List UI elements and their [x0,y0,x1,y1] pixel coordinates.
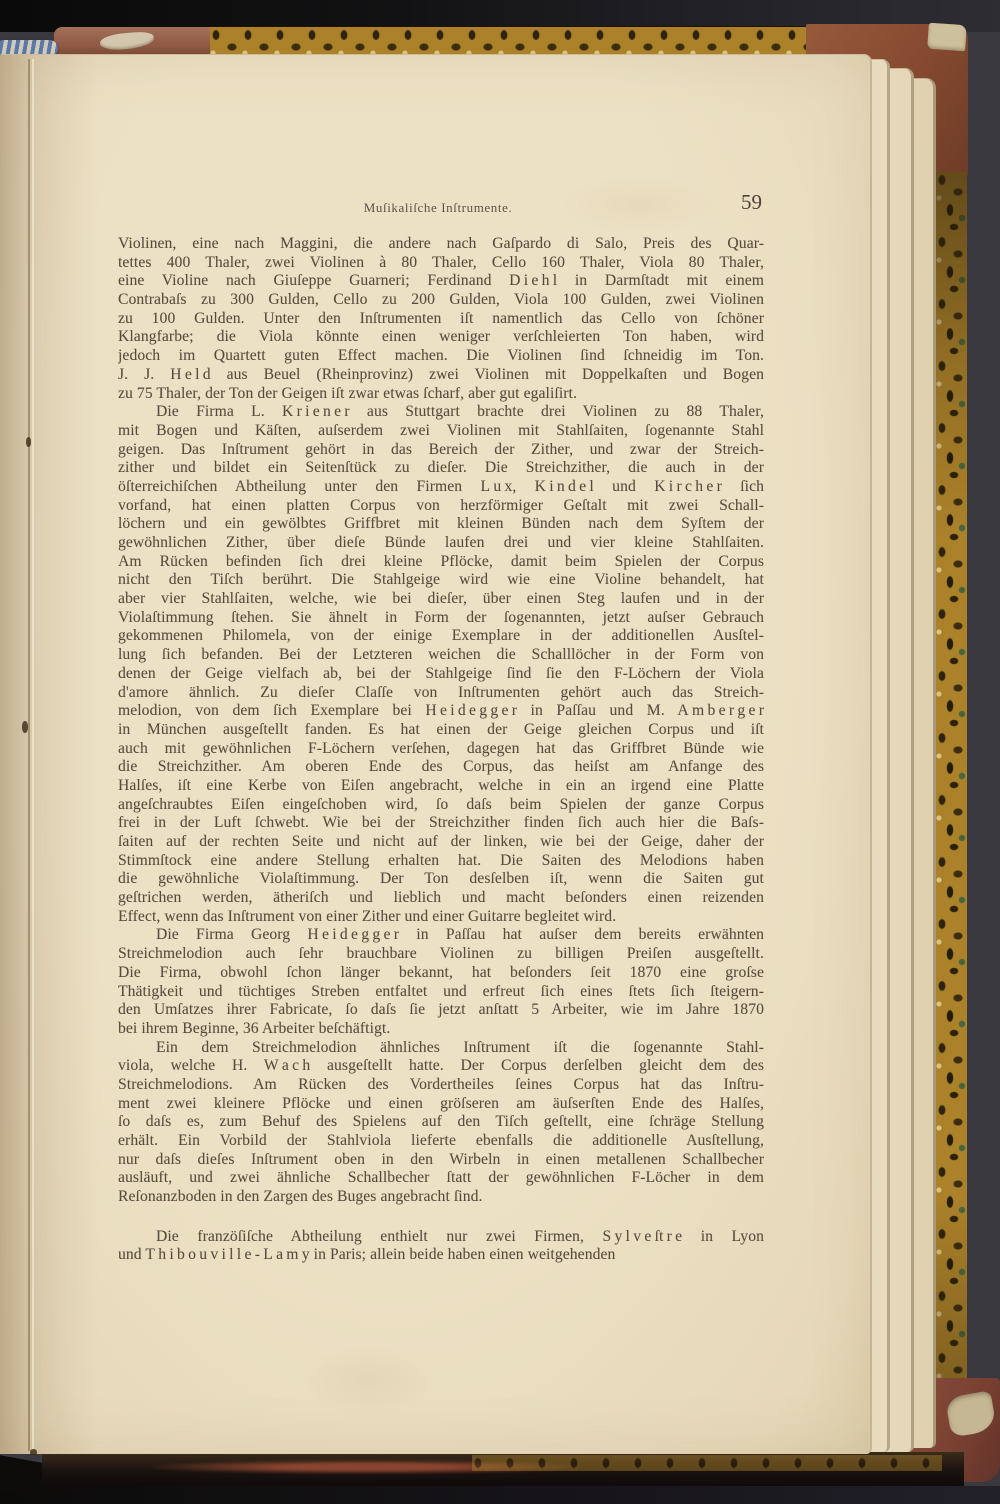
text-line: nur daſs dieſes Inſtrument oben in den W… [118,1151,764,1170]
book-cover-bottom-edge [42,1452,964,1486]
page-header: Muſikaliſche Inſtrumente. 59 [118,197,764,219]
text-line: angeſchraubtes Eiſen eingeſchoben wird, … [118,796,764,815]
text-line: geſtrichen werden, ätheriſch und lieblic… [118,889,764,908]
text-line: erhält. Ein Vorbild der Stahlviola liefe… [118,1132,764,1151]
sewing-speck [22,721,28,733]
text-line: jedoch im Quartett guten Effect machen. … [118,347,764,366]
text-line: zither und bildet ein Seitenſtück zu die… [118,459,764,478]
running-title: Muſikaliſche Inſtrumente. [364,200,513,216]
text-line: denen der Geige vielfach ab, bei der Sta… [118,665,764,684]
gutter-crease-highlight [32,59,34,1451]
paragraph: Die Firma L. K r i e n e r aus Stuttgart… [118,403,764,926]
sewing-speck [26,437,31,447]
text-line: Klangfarbe; die Viola könnte einen wenig… [118,328,764,347]
text-line: gekommenen Philomela, von der einige Exe… [118,627,764,646]
text-line: Die franzöſiſche Abtheilung enthielt nur… [118,1228,764,1247]
gutter-crease [28,59,30,1451]
scanner-background-bottom [0,1486,1000,1504]
text-line: frei in der Luft ſchwebt. Wie bei der St… [118,814,764,833]
text-line: Die Firma, obwohl ſchon länger bekannt, … [118,964,764,983]
text-line: den Umſatzes ihrer Fabricate, ſo daſs ſi… [118,1001,764,1020]
paragraph: Die franzöſiſche Abtheilung enthielt nur… [118,1228,764,1265]
text-line: auch mit gewöhnlichen F-Löchern verſehen… [118,740,764,759]
book-scan: Muſikaliſche Inſtrumente. 59 Violinen, e… [0,0,1000,1504]
text-line: Die Firma Georg H e i d e g g e r in Paſ… [118,926,764,945]
marbled-edge-shading [936,172,967,1394]
bottom-edge-marbled-flecks [472,1455,942,1471]
text-line: gewöhnlichen Zither, über dieſe Bünde la… [118,534,764,553]
text-line: Violaſtimmung ſtehen. Sie ähnelt in Form… [118,609,764,628]
text-line: Effect, wenn das Inſtrument von einer Zi… [118,908,764,927]
gutter-shadow [0,55,112,1454]
text-block: Violinen, eine nach Maggini, die andere … [118,235,764,1265]
book-cover-marbled-right-edge [936,172,967,1394]
sewing-speck [30,1449,37,1456]
text-line: aber vier Stahlſaiten, welche, wie bei d… [118,590,764,609]
text-line: d'amore ähnlich. Zu dieſer Claſſe von In… [118,684,764,703]
text-line: zu 100 Gulden. Unter den Inſtrumenten iſ… [118,310,764,329]
text-line: Reſonanzboden in den Zargen des Buges an… [118,1188,764,1207]
text-line: Die Firma L. K r i e n e r aus Stuttgart… [118,403,764,422]
text-line: ausläuft, und zwei ähnliche Schallbecher… [118,1169,764,1188]
text-line: J. J. H e l d aus Beuel (Rheinprovinz) z… [118,366,764,385]
text-line: ſo daſs es, zum Behuf des Spielens auf d… [118,1113,764,1132]
text-line: Ein dem Streichmelodion ähnliches Inſtru… [118,1039,764,1058]
text-line: mit Bogen und Käſten, auſserdem zwei Vio… [118,422,764,441]
text-line: eine Violine nach Giuſeppe Guarneri; Fer… [118,272,764,291]
book-page: Muſikaliſche Inſtrumente. 59 Violinen, e… [0,54,872,1454]
text-line: öſterreichiſchen Abtheilung unter den Fi… [118,478,764,497]
text-line: ment zwei kleinere Pflöcke und einen grö… [118,1095,764,1114]
text-line: vorfand, hat einen platten Corpus von he… [118,497,764,516]
text-line: viola, welche H. W a c h ausgeſtellt hat… [118,1057,764,1076]
text-line: Halſes, iſt eine Kerbe von Eiſen angebra… [118,777,764,796]
text-line: lung ſich befanden. Bei der Letzteren we… [118,646,764,665]
text-line: löchern und ein gewölbtes Griffbret mit … [118,515,764,534]
cover-corner-wear-patch-top [927,23,967,52]
text-line: Thätigkeit und tüchtiges Streben entfalt… [118,983,764,1002]
text-line: und T h i b o u v i l l e - L a m y in P… [118,1246,764,1265]
text-line: die gewöhnliche Violaſtimmung. Der Ton d… [118,870,764,889]
text-line: zu 75 Thaler, der Ton der Geigen iſt zwa… [118,385,764,404]
text-line: Streichmelodion auch ſehr brauchbare Vio… [118,945,764,964]
text-line: nicht den Tiſch berührt. Die Stahlgeige … [118,571,764,590]
text-line: Violinen, eine nach Maggini, die andere … [118,235,764,254]
text-line: Stimmſtock eine andere Stellung erhalten… [118,852,764,871]
text-line: in München ausgeſtellt fanden. Es hat ei… [118,721,764,740]
text-line: die Streichzither. Am oberen Ende des Co… [118,758,764,777]
paragraph: Violinen, eine nach Maggini, die andere … [118,235,764,403]
page-number: 59 [741,190,762,215]
paragraph: Ein dem Streichmelodion ähnliches Inſtru… [118,1039,764,1207]
page-content: Muſikaliſche Inſtrumente. 59 Violinen, e… [118,197,764,1317]
text-line: Contrabaſs zu 300 Gulden, Cello zu 200 G… [118,291,764,310]
paragraph: Die Firma Georg H e i d e g g e r in Paſ… [118,926,764,1038]
text-line: melodion, von dem ſich Exemplare bei H e… [118,702,764,721]
text-line: ſaiten auf der rechten Seite und nicht a… [118,833,764,852]
text-line: geigen. Das Inſtrument gehört in das Ber… [118,441,764,460]
text-line: Streichmelodions. Am Rücken des Vorderth… [118,1076,764,1095]
text-line: bei ihrem Beginne, 36 Arbeiter beſchäfti… [118,1020,764,1039]
text-line: Am Rücken befinden ſich drei kleine Pflö… [118,553,764,572]
paper-stain [300,1345,440,1415]
text-line: tettes 400 Thaler, zwei Violinen à 80 Th… [118,254,764,273]
